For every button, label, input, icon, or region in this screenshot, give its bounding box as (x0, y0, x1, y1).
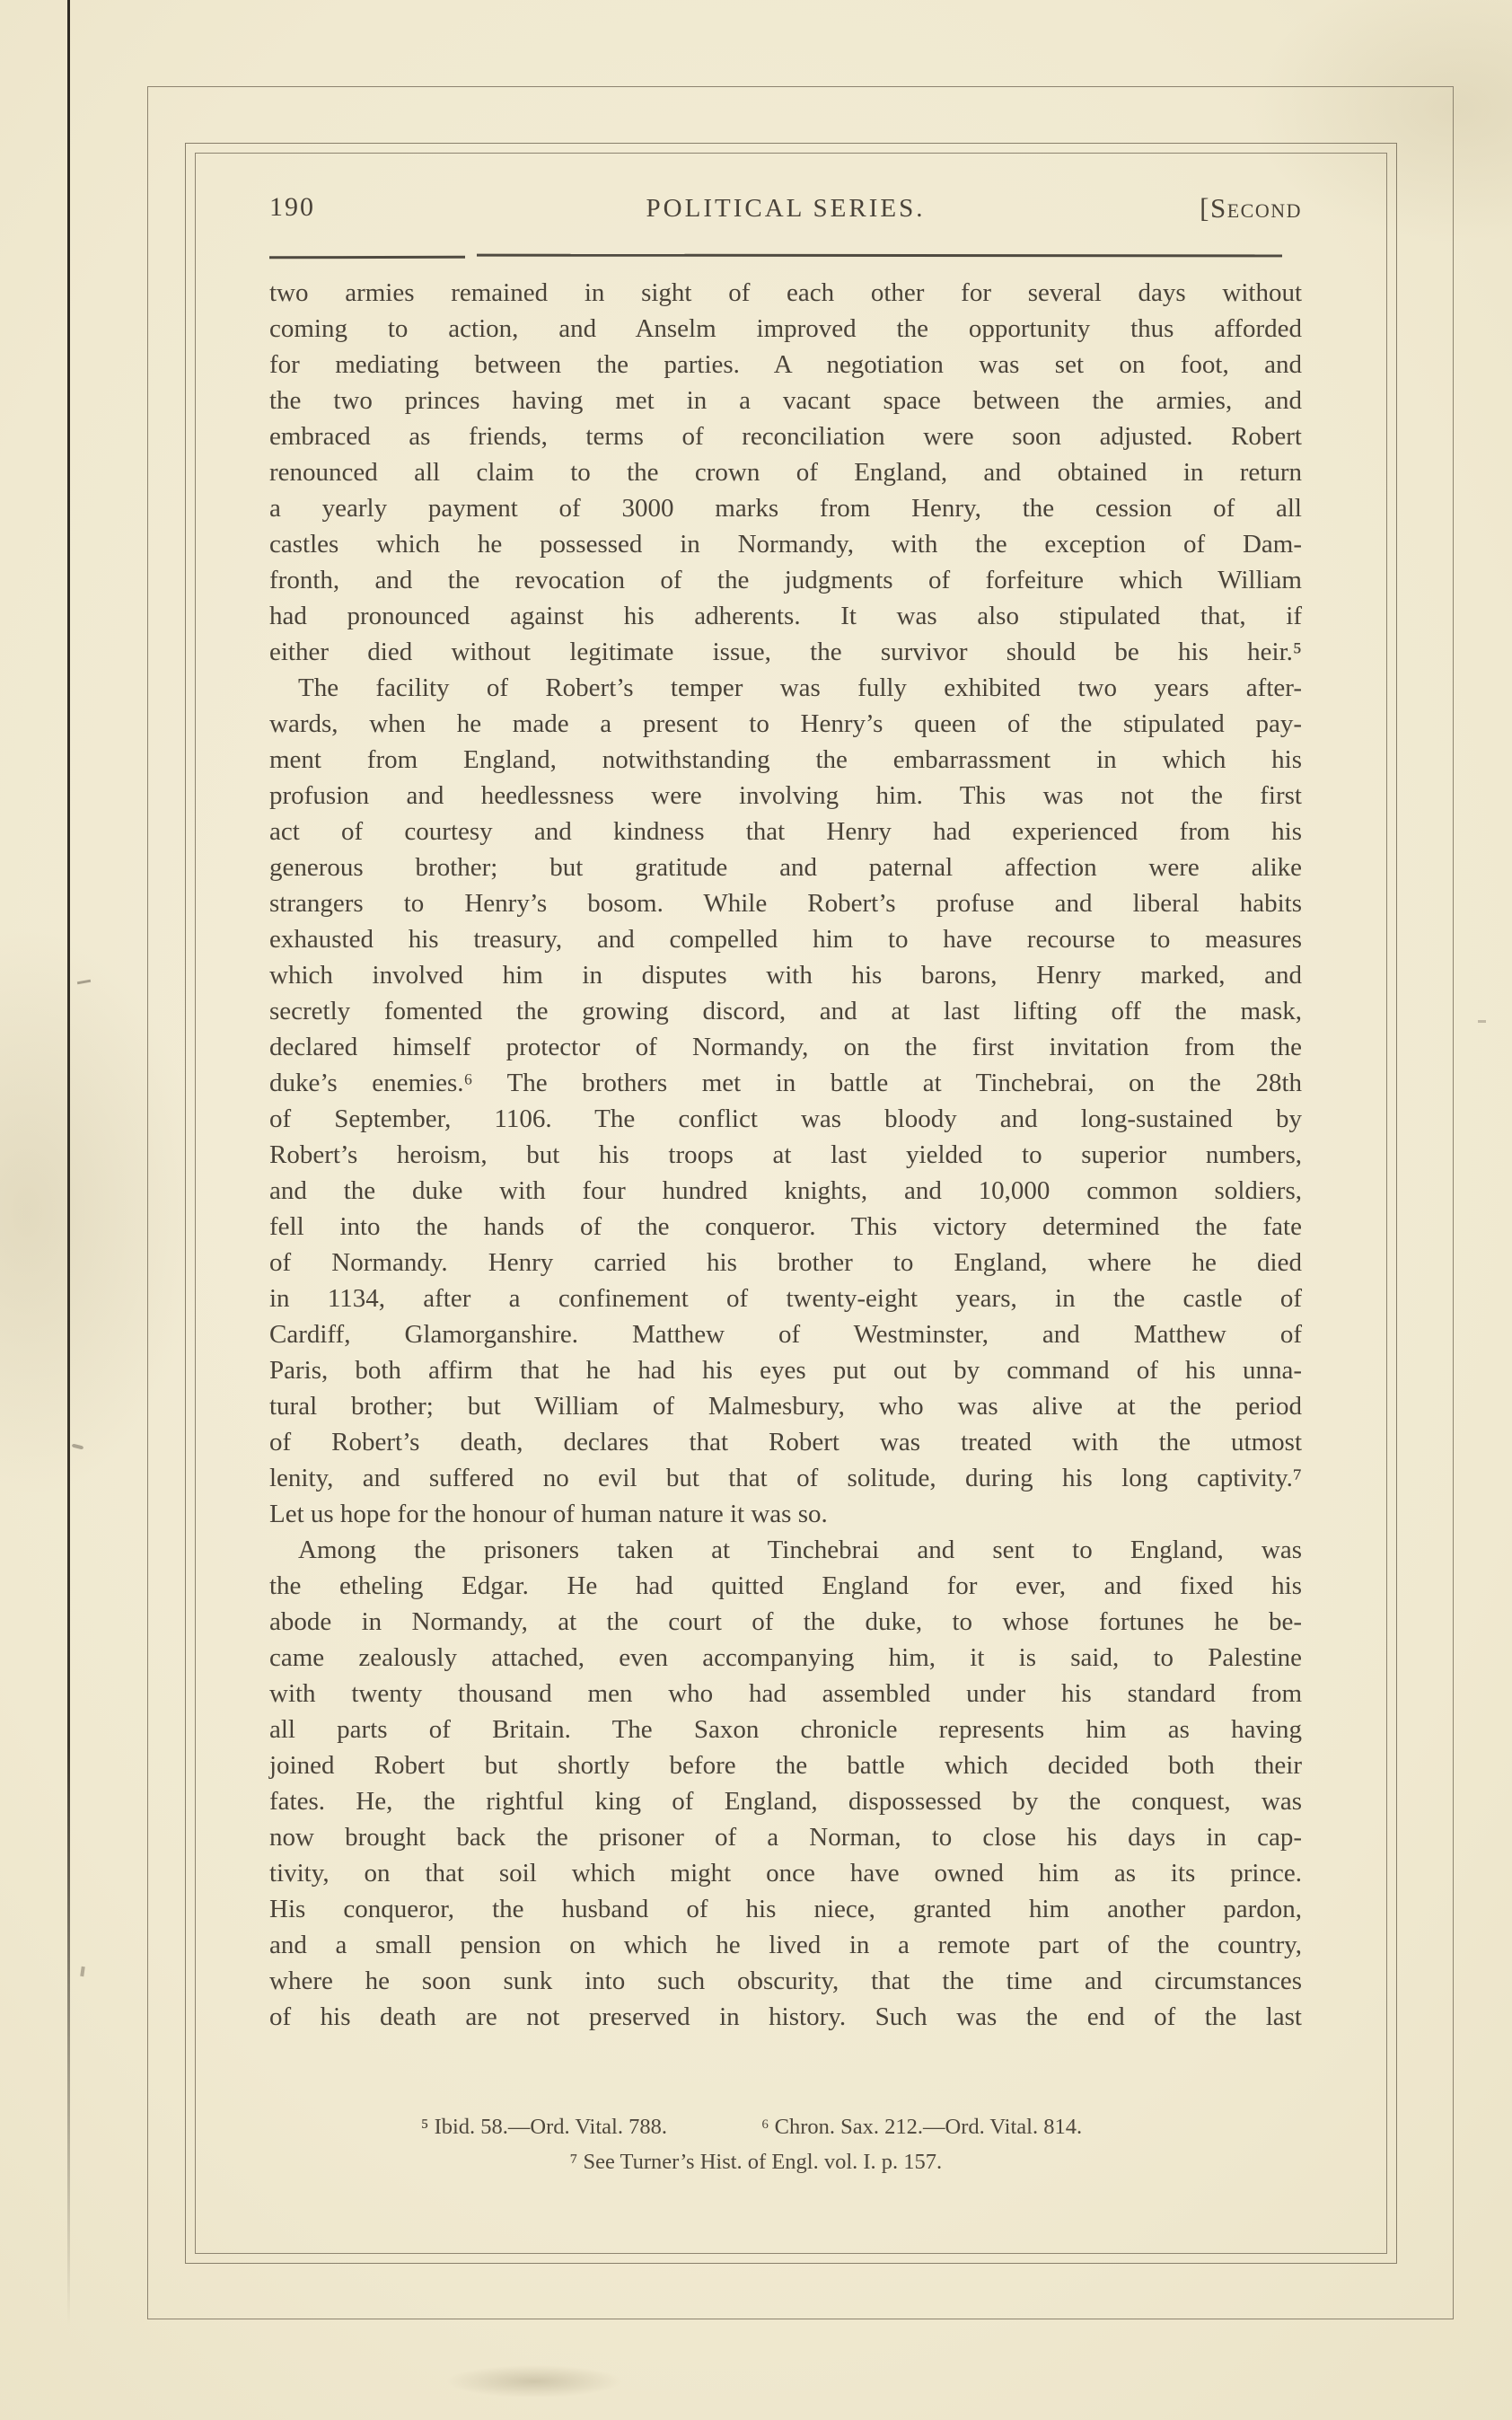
text-line: castles which he possessed in Normandy, … (269, 526, 1302, 562)
page-edge-artifact (67, 0, 70, 2326)
text-line: fell into the hands of the conqueror. Th… (269, 1209, 1302, 1245)
footnote-line-2: ⁷ See Turner’s Hist. of Engl. vol. I. p.… (240, 2144, 1272, 2179)
text-line: Robert’s heroism, but his troops at last… (269, 1137, 1302, 1173)
text-line: Let us hope for the honour of human natu… (269, 1496, 1302, 1532)
text-line: strangers to Henry’s bosom. While Robert… (269, 885, 1302, 921)
text-line: abode in Normandy, at the court of the d… (269, 1604, 1302, 1640)
text-line: Paris, both affirm that he had his eyes … (269, 1352, 1302, 1388)
scan-artifact-tick (80, 1967, 84, 1976)
text-line: lenity, and suffered no evil but that of… (269, 1460, 1302, 1496)
text-line: and the duke with four hundred knights, … (269, 1173, 1302, 1209)
text-line: generous brother; but gratitude and pate… (269, 849, 1302, 885)
footnote-5: ⁵ Ibid. 58.—Ord. Vital. 788. (421, 2109, 667, 2144)
text-line: of September, 1106. The conflict was blo… (269, 1101, 1302, 1137)
footnote-7: ⁷ See Turner’s Hist. of Engl. vol. I. p.… (570, 2150, 942, 2174)
text-line: wards, when he made a present to Henry’s… (269, 706, 1302, 742)
text-line: coming to action, and Anselm improved th… (269, 311, 1302, 347)
text-line: with twenty thousand men who had assembl… (269, 1676, 1302, 1712)
text-line: tural brother; but William of Malmesbury… (269, 1388, 1302, 1424)
text-line: tivity, on that soil which might once ha… (269, 1855, 1302, 1891)
text-line: embraced as friends, terms of reconcilia… (269, 418, 1302, 454)
text-line: ment from England, notwithstanding the e… (269, 742, 1302, 778)
text-line: Among the prisoners taken at Tinchebrai … (269, 1532, 1302, 1568)
text-line: and a small pension on which he lived in… (269, 1927, 1302, 1963)
scan-artifact-dot (1478, 1020, 1486, 1023)
text-line: in 1134, after a confinement of twenty-e… (269, 1280, 1302, 1316)
text-line: exhausted his treasury, and compelled hi… (269, 921, 1302, 957)
text-line: His conqueror, the husband of his niece,… (269, 1891, 1302, 1927)
text-line: joined Robert but shortly before the bat… (269, 1747, 1302, 1783)
text-line: of Normandy. Henry carried his brother t… (269, 1245, 1302, 1280)
text-line: a yearly payment of 3000 marks from Henr… (269, 490, 1302, 526)
text-line: of Robert’s death, declares that Robert … (269, 1424, 1302, 1460)
footnote-6: ⁶ Chron. Sax. 212.—Ord. Vital. 814. (761, 2109, 1082, 2144)
text-line: duke’s enemies.⁶ The brothers met in bat… (269, 1065, 1302, 1101)
text-line: the two princes having met in a vacant s… (269, 383, 1302, 418)
book-scan: { "page": { "number": "190", "running_ti… (0, 0, 1512, 2420)
scan-artifact-curl (72, 1443, 84, 1449)
text-line: two armies remained in sight of each oth… (269, 275, 1302, 311)
running-title: POLITICAL SERIES. (269, 194, 1302, 224)
text-line: Cardiff, Glamorganshire. Matthew of West… (269, 1316, 1302, 1352)
text-line: renounced all claim to the crown of Engl… (269, 454, 1302, 490)
section-marker: [Second (1200, 192, 1302, 224)
text-line: where he soon sunk into such obscurity, … (269, 1963, 1302, 1999)
text-line: fronth, and the revocation of the judgme… (269, 562, 1302, 598)
text-line: which involved him in disputes with his … (269, 957, 1302, 993)
text-line: either died without legitimate issue, th… (269, 634, 1302, 670)
text-line: all parts of Britain. The Saxon chronicl… (269, 1712, 1302, 1747)
text-line: fates. He, the rightful king of England,… (269, 1783, 1302, 1819)
text-line: secretly fomented the growing discord, a… (269, 993, 1302, 1029)
text-line: had pronounced against his adherents. It… (269, 598, 1302, 634)
text-line: declared himself protector of Normandy, … (269, 1029, 1302, 1065)
text-line: act of courtesy and kindness that Henry … (269, 814, 1302, 849)
footnotes: ⁵ Ibid. 58.—Ord. Vital. 788. ⁶ Chron. Sa… (269, 2109, 1302, 2179)
body-text: two armies remained in sight of each oth… (269, 275, 1302, 2035)
text-line: the etheling Edgar. He had quitted Engla… (269, 1568, 1302, 1604)
text-line: came zealously attached, even accompanyi… (269, 1640, 1302, 1676)
text-line: now brought back the prisoner of a Norma… (269, 1819, 1302, 1855)
footnote-line-1: ⁵ Ibid. 58.—Ord. Vital. 788. ⁶ Chron. Sa… (235, 2109, 1268, 2144)
text-line: The facility of Robert’s temper was full… (269, 670, 1302, 706)
text-line: for mediating between the parties. A neg… (269, 347, 1302, 383)
page-header: 190 POLITICAL SERIES. [Second (269, 192, 1302, 232)
text-line: of his death are not preserved in histor… (269, 1999, 1302, 2035)
scan-artifact-dash (77, 980, 91, 985)
text-line: profusion and heedlessness were involvin… (269, 778, 1302, 814)
